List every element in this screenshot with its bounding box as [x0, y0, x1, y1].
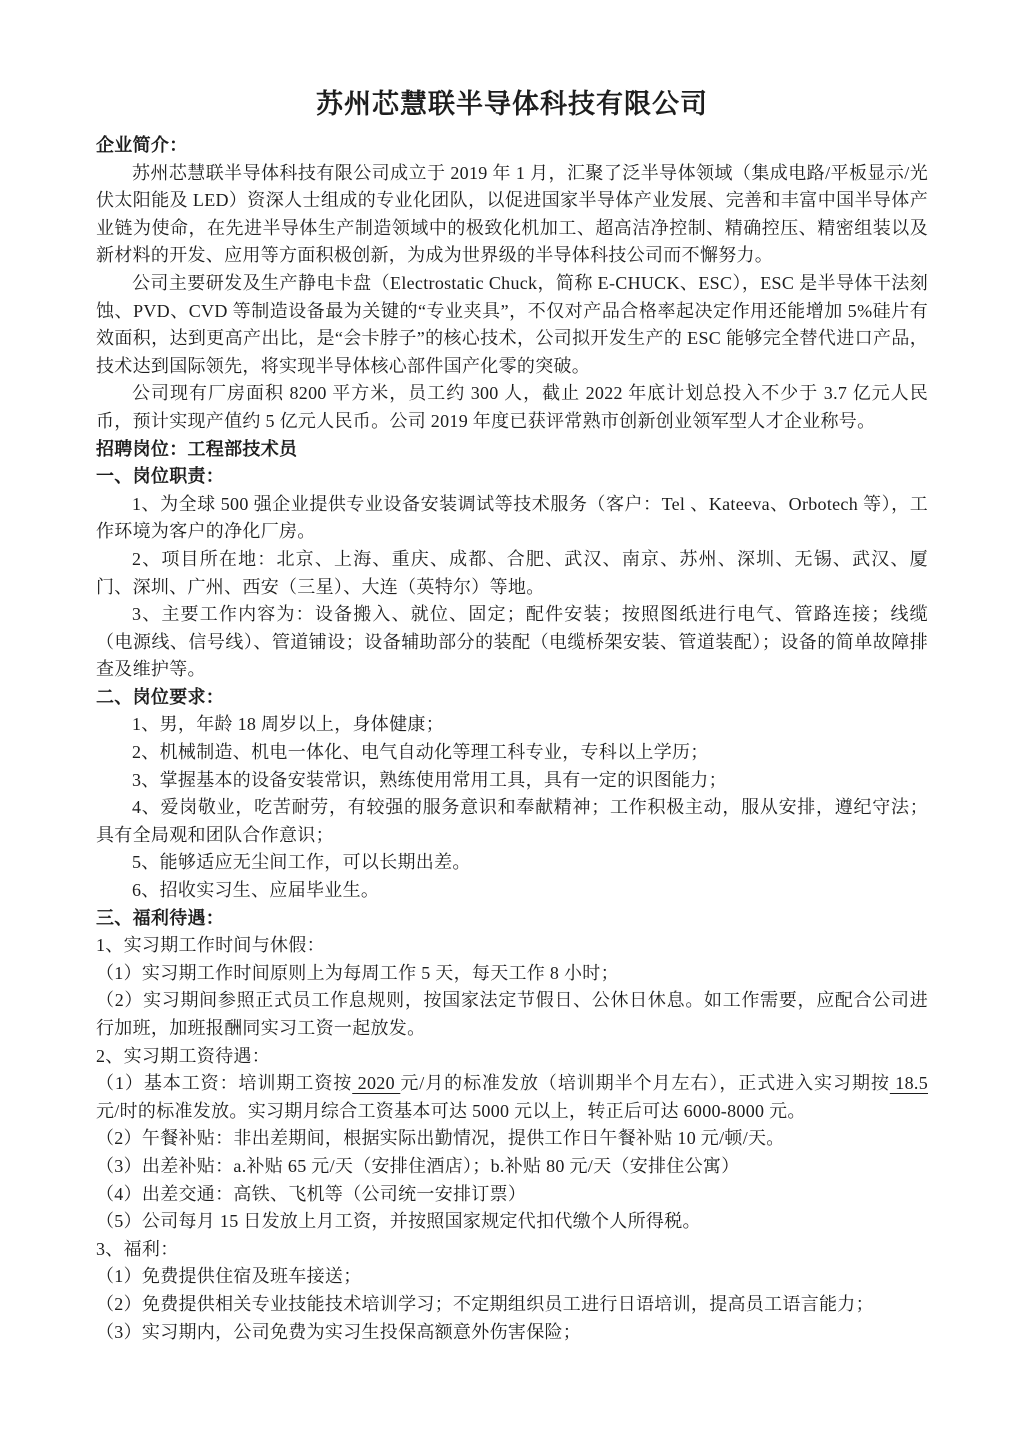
- salary-underlined-value-2020: 2020: [352, 1073, 400, 1093]
- document-page: 苏州芯慧联半导体科技有限公司 企业简介： 苏州芯慧联半导体科技有限公司成立于 2…: [0, 0, 1024, 1448]
- benefit-welfare-title: 3、福利：: [96, 1236, 928, 1264]
- heading-recruit-position: 招聘岗位：工程部技术员: [96, 436, 928, 464]
- duty-item-1: 1、为全球 500 强企业提供专业设备安装调试等技术服务（客户：Tel 、Kat…: [96, 491, 928, 546]
- benefit-salary-item-3: （3）出差补贴：a.补贴 65 元/天（安排住酒店）；b.补贴 80 元/天（安…: [96, 1153, 928, 1181]
- heading-company-intro: 企业简介：: [96, 132, 928, 160]
- heading-benefits: 三、福利待遇：: [96, 905, 928, 933]
- requirement-item-3: 3、掌握基本的设备安装常识，熟练使用常用工具，具有一定的识图能力；: [96, 767, 928, 795]
- benefit-salary-item-2: （2）午餐补贴：非出差期间，根据实际出勤情况，提供工作日午餐补贴 10 元/顿/…: [96, 1125, 928, 1153]
- para-company-scale: 公司现有厂房面积 8200 平方米，员工约 300 人，截止 2022 年底计划…: [96, 380, 928, 435]
- para-company-overview: 苏州芯慧联半导体科技有限公司成立于 2019 年 1 月，汇聚了泛半导体领域（集…: [96, 160, 928, 270]
- salary-underlined-value-18-5: 18.5: [890, 1073, 928, 1093]
- para-company-products: 公司主要研发及生产静电卡盘（Electrostatic Chuck，简称 E-C…: [96, 270, 928, 380]
- benefit-worktime-item-2: （2）实习期间参照正式员工作息规则，按国家法定节假日、公休日休息。如工作需要，应…: [96, 987, 928, 1042]
- duty-item-3: 3、主要工作内容为：设备搬入、就位、固定；配件安装；按照图纸进行电气、管路连接；…: [96, 601, 928, 684]
- salary-text-segment: （1）基本工资：培训期工资按: [96, 1073, 352, 1093]
- benefit-salary-item-1: （1）基本工资：培训期工资按 2020 元/月的标准发放（培训期半个月左右），正…: [96, 1070, 928, 1125]
- requirement-item-6: 6、招收实习生、应届毕业生。: [96, 877, 928, 905]
- heading-job-requirements: 二、岗位要求：: [96, 684, 928, 712]
- requirement-item-5: 5、能够适应无尘间工作，可以长期出差。: [96, 849, 928, 877]
- benefit-welfare-item-3: （3）实习期内，公司免费为实习生投保高额意外伤害保险；: [96, 1319, 928, 1347]
- benefit-worktime-item-1: （1）实习期工作时间原则上为每周工作 5 天，每天工作 8 小时；: [96, 960, 928, 988]
- benefit-salary-title: 2、实习期工资待遇：: [96, 1043, 928, 1071]
- benefit-salary-item-4: （4）出差交通：高铁、飞机等（公司统一安排订票）: [96, 1181, 928, 1209]
- heading-job-duties: 一、岗位职责：: [96, 463, 928, 491]
- benefit-welfare-item-2: （2）免费提供相关专业技能技术培训学习；不定期组织员工进行日语培训，提高员工语言…: [96, 1291, 928, 1319]
- requirement-item-1: 1、男，年龄 18 周岁以上，身体健康；: [96, 711, 928, 739]
- benefit-salary-item-5: （5）公司每月 15 日发放上月工资，并按照国家规定代扣代缴个人所得税。: [96, 1208, 928, 1236]
- requirement-item-2: 2、机械制造、机电一体化、电气自动化等理工科专业，专科以上学历；: [96, 739, 928, 767]
- benefit-welfare-item-1: （1）免费提供住宿及班车接送；: [96, 1263, 928, 1291]
- salary-text-segment: 元/月的标准发放（培训期半个月左右），正式进入实习期按: [400, 1073, 890, 1093]
- requirement-item-4: 4、爱岗敬业，吃苦耐劳，有较强的服务意识和奉献精神；工作积极主动，服从安排，遵纪…: [96, 794, 928, 849]
- duty-item-2: 2、项目所在地：北京、上海、重庆、成都、合肥、武汉、南京、苏州、深圳、无锡、武汉…: [96, 546, 928, 601]
- salary-text-segment: 元/时的标准发放。实习期月综合工资基本可达 5000 元以上，转正后可达 600…: [96, 1101, 806, 1121]
- benefit-worktime-title: 1、实习期工作时间与休假：: [96, 932, 928, 960]
- document-title: 苏州芯慧联半导体科技有限公司: [96, 86, 928, 122]
